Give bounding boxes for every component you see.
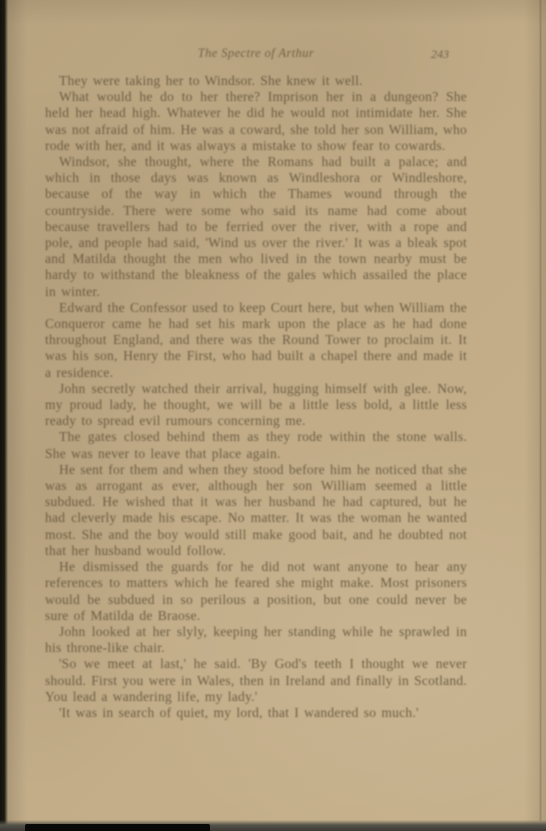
chapter-title: The Spectre of Arthur	[45, 46, 467, 61]
page-text: They were taking her to Windsor. She kne…	[45, 73, 467, 721]
running-header: The Spectre of Arthur 243	[45, 46, 467, 64]
scan-bottom-black-bar	[25, 824, 210, 831]
paragraph: 'It was in search of quiet, my lord, tha…	[45, 705, 467, 721]
page-right-crease	[539, 0, 542, 821]
paragraph: Edward the Confessor used to keep Court …	[45, 300, 467, 381]
paragraph: He sent for them and when they stood bef…	[45, 462, 467, 559]
paragraph: 'So we meet at last,' he said. 'By God's…	[45, 656, 467, 705]
paragraph: What would he do to her there? Imprison …	[45, 89, 467, 154]
page-number: 243	[431, 47, 449, 62]
scanned-book-page: The Spectre of Arthur 243 They were taki…	[0, 0, 546, 831]
paragraph: They were taking her to Windsor. She kne…	[45, 73, 467, 89]
paragraph: John looked at her slyly, keeping her st…	[45, 624, 467, 656]
page-content: The Spectre of Arthur 243 They were taki…	[45, 46, 467, 721]
paragraph: John secretly watched their arrival, hug…	[45, 381, 467, 430]
paragraph: He dismissed the guards for he did not w…	[45, 559, 467, 624]
paragraph: Windsor, she thought, where the Romans h…	[45, 154, 467, 300]
paragraph: The gates closed behind them as they rod…	[45, 429, 467, 461]
page-left-edge-shadow	[0, 0, 8, 831]
